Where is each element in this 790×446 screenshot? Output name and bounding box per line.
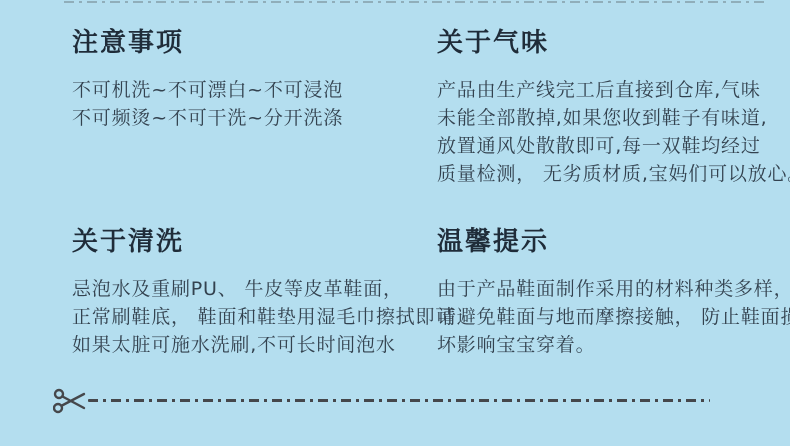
section-text-line: 不可频烫~不可干洗~分开洗涤 — [72, 104, 343, 132]
section-text-line: 请避免鞋面与地而摩擦接触， 防止鞋面损 — [437, 303, 790, 331]
section-cleaning: 关于清洗 忌泡水及重刷PU、 牛皮等皮革鞋面， 正常刷鞋底， 鞋面和鞋垫用湿毛巾… — [72, 229, 455, 359]
section-odor: 关于气味 产品由生产线完工后直接到仓库,气味 未能全部散掉,如果您收到鞋子有味道… — [437, 30, 790, 188]
section-text-line: 放置通风处散散即可,每一双鞋均经过 — [437, 132, 790, 160]
section-text-line: 质量检测， 无劣质材质,宝妈们可以放心。 — [437, 160, 790, 188]
cut-line — [88, 399, 710, 402]
section-text-line: 忌泡水及重刷PU、 牛皮等皮革鞋面， — [72, 275, 455, 303]
care-instructions-panel: 注意事项 不可机洗~不可漂白~不可浸泡 不可频烫~不可干洗~分开洗涤 关于气味 … — [0, 0, 790, 446]
scissors-icon — [53, 387, 87, 415]
section-text-line: 正常刷鞋底， 鞋面和鞋垫用湿毛巾擦拭即可 — [72, 303, 455, 331]
section-notice: 注意事项 不可机洗~不可漂白~不可浸泡 不可频烫~不可干洗~分开洗涤 — [72, 30, 343, 132]
section-title: 注意事项 — [72, 30, 343, 57]
section-text-line: 坏影响宝宝穿着。 — [437, 331, 790, 359]
section-text-line: 产品由生产线完工后直接到仓库,气味 — [437, 76, 790, 104]
section-tips: 温馨提示 由于产品鞋面制作采用的材料种类多样， 请避免鞋面与地而摩擦接触， 防止… — [437, 229, 790, 359]
section-text-line: 未能全部散掉,如果您收到鞋子有味道, — [437, 104, 790, 132]
section-text-line: 如果太脏可施水洗刷,不可长时间泡水 — [72, 331, 455, 359]
section-title: 温馨提示 — [437, 229, 790, 256]
top-cut-line-remnant — [64, 1, 764, 3]
section-text-line: 由于产品鞋面制作采用的材料种类多样， — [437, 275, 790, 303]
section-title: 关于气味 — [437, 30, 790, 57]
section-title: 关于清洗 — [72, 229, 455, 256]
section-text-line: 不可机洗~不可漂白~不可浸泡 — [72, 76, 343, 104]
